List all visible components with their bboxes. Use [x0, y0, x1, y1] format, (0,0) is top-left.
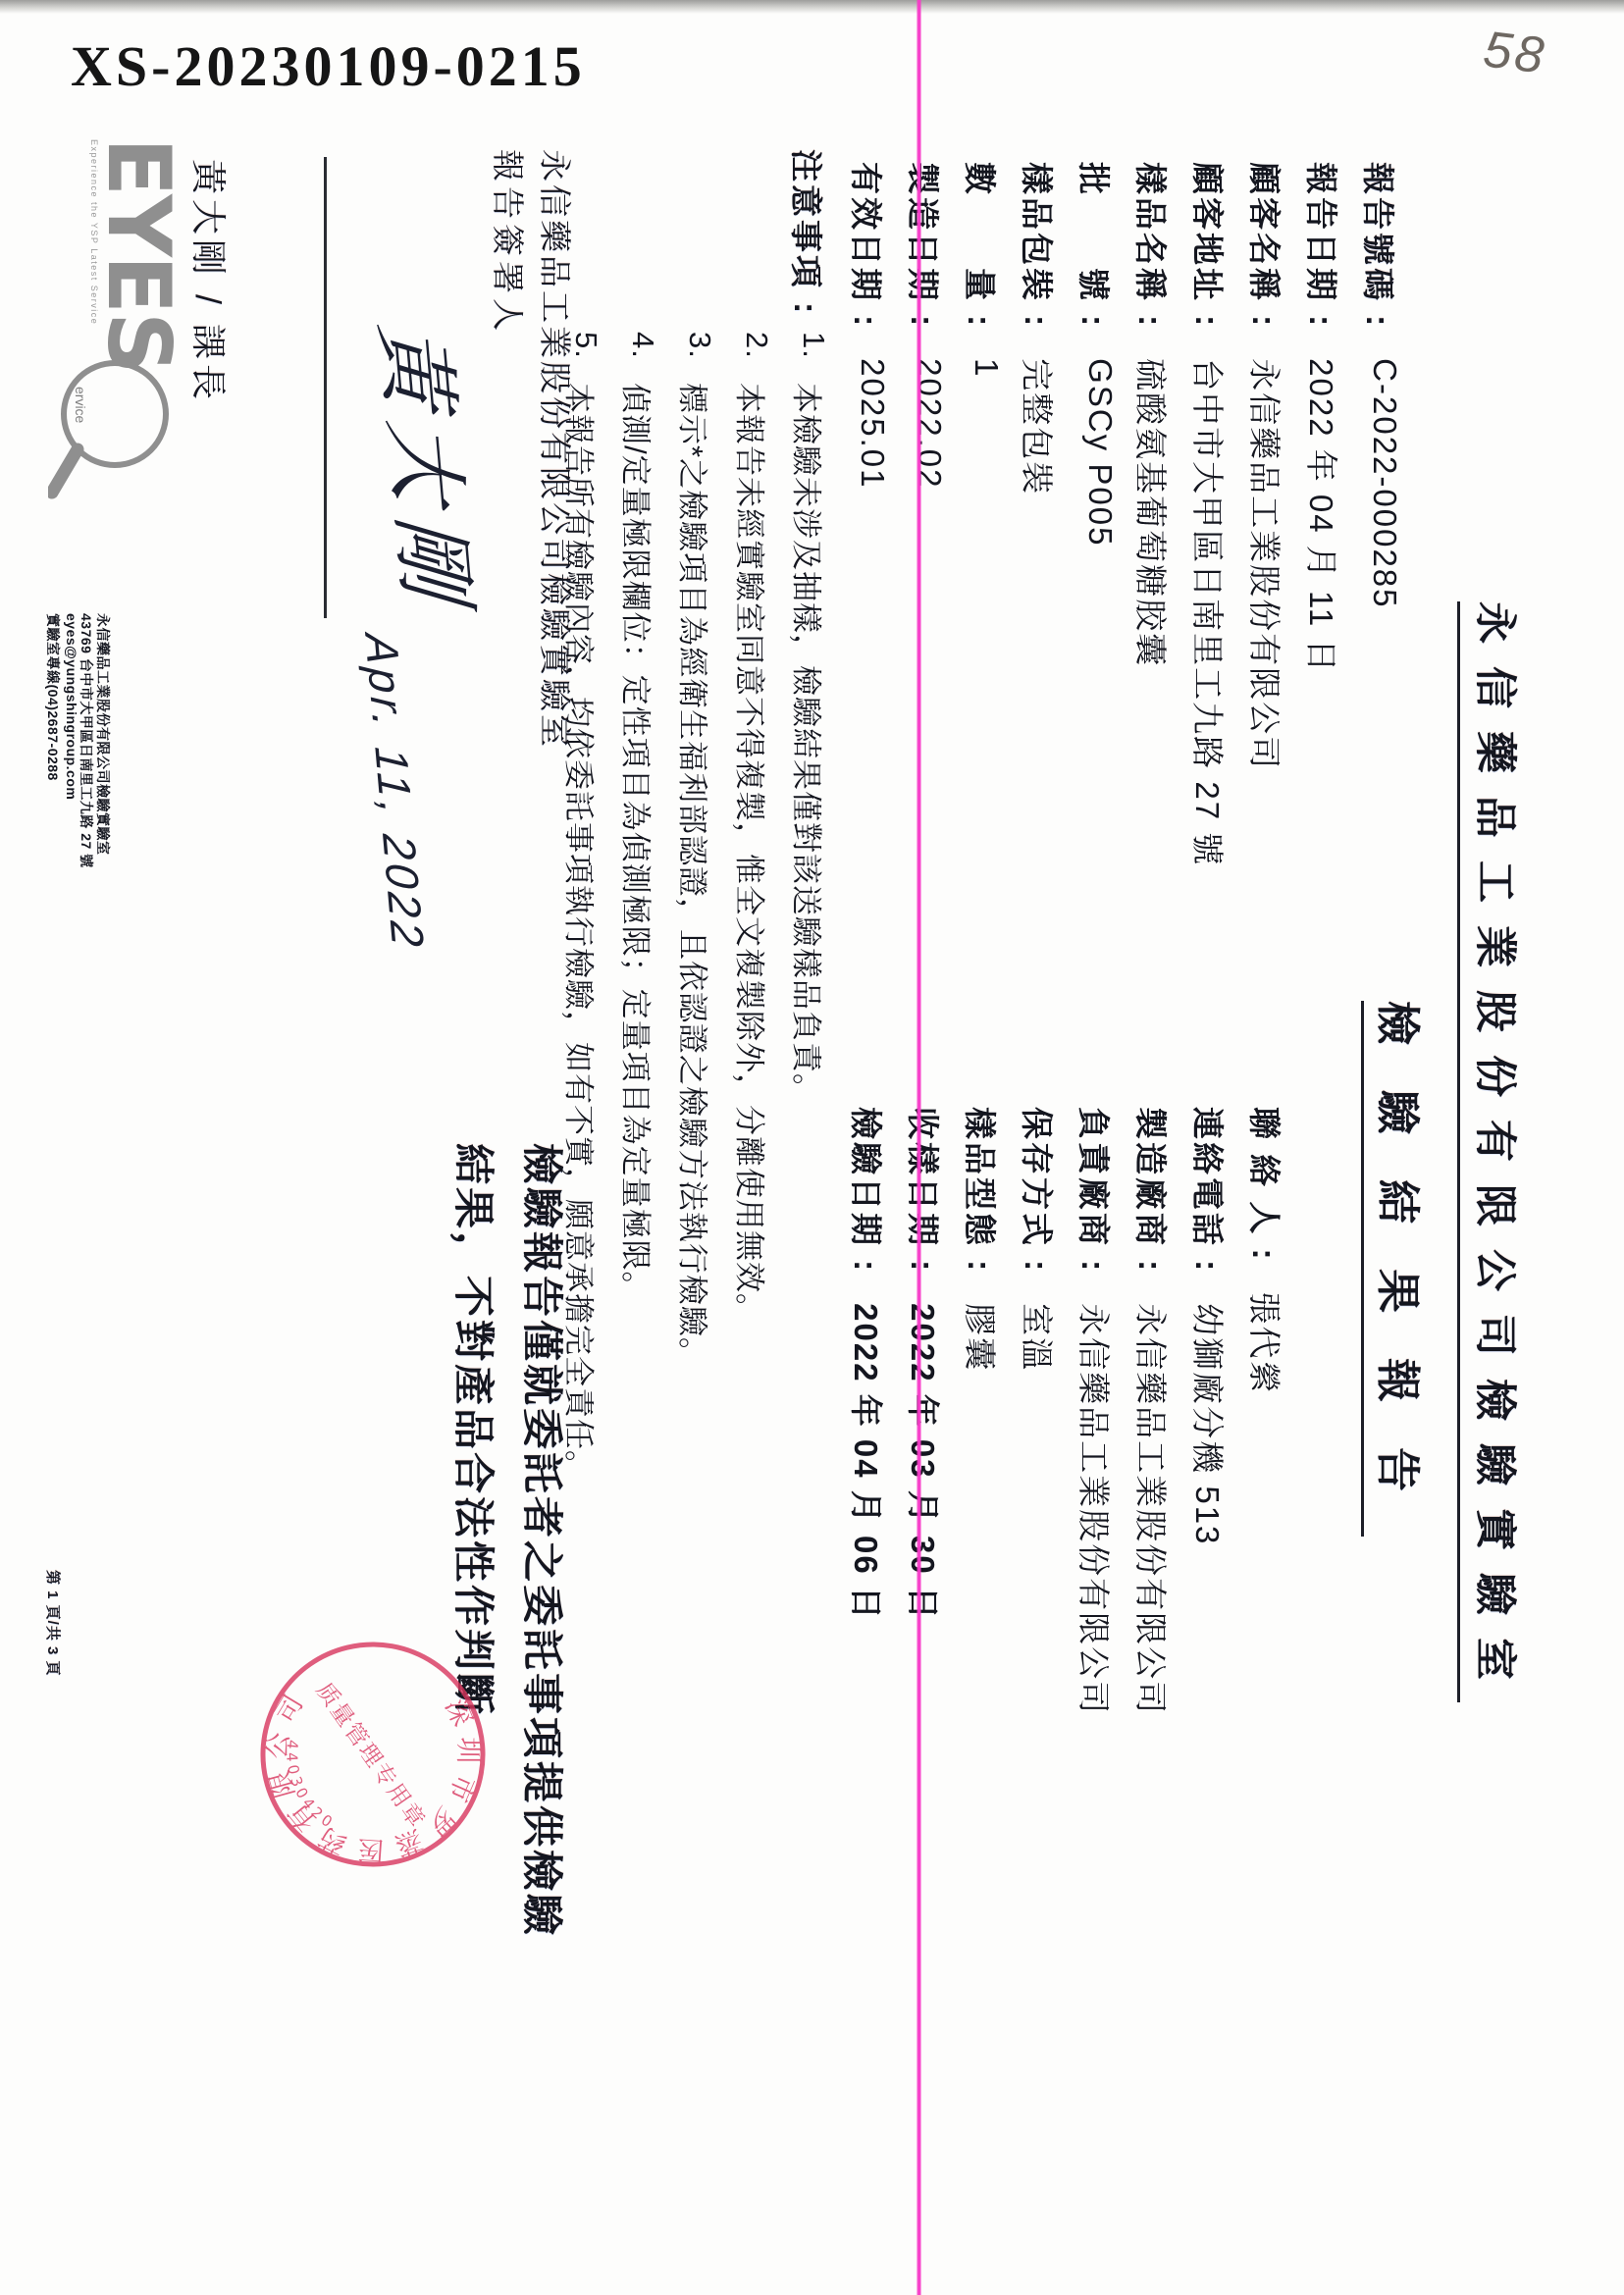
field-value: 膠囊	[959, 1303, 1005, 1372]
report-subtitle: 檢驗結果報告	[1361, 1001, 1434, 1537]
field-quantity: 數 量 :1	[959, 162, 1005, 379]
handwritten-number: 58	[1481, 20, 1550, 85]
note-item: 3.標示*之檢驗項目為經衛生福利部認證，且依認證之檢驗方法執行檢驗。	[673, 332, 717, 1369]
field-manufacturer: 製造廠商 :永信藥品工業股份有限公司	[1129, 1107, 1176, 1715]
field-value: 硫酸氨基葡萄糖胶囊	[1129, 358, 1176, 667]
field-storage-method: 保存方式 :室溫	[1016, 1107, 1062, 1372]
disclaimer-line-1: 檢驗報告僅就委託者之委託事項提供檢驗	[515, 1143, 574, 1938]
field-label: 批 號 :	[1073, 162, 1119, 329]
field-value: GSCy P005	[1081, 358, 1119, 547]
field-value: 2022 年 04 月 11 日	[1300, 358, 1346, 673]
field-label: 報告日期 :	[1300, 162, 1346, 329]
field-value: 永信藥品工業股份有限公司	[1073, 1303, 1119, 1715]
field-label: 收樣日期 :	[902, 1107, 948, 1274]
page-number: 第 1 頁/共 3 頁	[43, 1570, 64, 1677]
note-item: 1.本檢驗未涉及抽樣，檢驗結果僅對該送驗樣品負責。	[787, 332, 831, 1105]
handwritten-date: Apr. 11, 2022	[355, 633, 435, 952]
note-number: 3.	[673, 332, 717, 383]
field-value: 永信藥品工業股份有限公司	[1243, 358, 1289, 770]
field-value: 幼獅廠分機 513	[1186, 1303, 1232, 1545]
logo-tagline: Experience the YSP Latest Service	[89, 139, 99, 325]
note-text: 本檢驗未涉及抽樣，檢驗結果僅對該送驗樣品負責。	[787, 383, 831, 1105]
field-customer-address: 顧客地址 :台中市大甲區日南里工九路 27 號	[1186, 162, 1232, 866]
field-label: 檢驗日期 :	[845, 1107, 891, 1274]
signature-lab-name: 永信藥品工業股份有限公司檢驗實驗室	[534, 149, 580, 750]
logo-circle-text: ervice	[73, 387, 88, 424]
note-number: 2.	[730, 332, 774, 383]
eyes-logo: EYES ervice Experience the YSP Latest Se…	[48, 137, 185, 589]
lab-title: 永信藥品工業股份有限公司檢驗實驗室	[1457, 601, 1528, 1702]
field-value: 2022 年 03 月 30 日	[902, 1303, 948, 1621]
field-label: 樣品型態 :	[959, 1107, 1005, 1274]
field-label: 聯 絡 人 :	[1243, 1107, 1289, 1263]
field-manufacture-date: 製造日期 :2022.02	[902, 162, 948, 489]
field-report-number: 報告號碼 :C-2022-000285	[1357, 162, 1403, 609]
field-sample-name: 樣品名稱 :硫酸氨基葡萄糖胶囊	[1129, 162, 1176, 667]
field-label: 顧客名稱 :	[1243, 162, 1289, 329]
note-item: 2.本報告未經實驗室同意不得複製，惟全文複製除外，分離使用無效。	[730, 332, 774, 1325]
field-value: 永信藥品工業股份有限公司	[1129, 1303, 1176, 1715]
seal-center-text: 质量管理专用章	[311, 1679, 431, 1834]
field-report-date: 報告日期 :2022 年 04 月 11 日	[1300, 162, 1346, 673]
field-value: 室溫	[1016, 1303, 1062, 1372]
field-value: 2025.01	[854, 358, 891, 489]
field-sample-received-date: 收樣日期 :2022 年 03 月 30 日	[902, 1107, 948, 1621]
field-batch-number: 批 號 :GSCy P005	[1073, 162, 1119, 547]
field-label: 數 量 :	[959, 162, 1005, 329]
field-label: 製造日期 :	[902, 162, 948, 329]
signature-signer-label: 報告簽署人	[487, 149, 533, 336]
signer-printed-name-title: 黃大剛 / 課長	[185, 159, 236, 404]
note-number: 4.	[616, 332, 660, 383]
field-responsible-company: 負責廠商 :永信藥品工業股份有限公司	[1073, 1107, 1119, 1715]
note-text: 標示*之檢驗項目為經衛生福利部認證，且依認證之檢驗方法執行檢驗。	[673, 383, 717, 1369]
field-value: 2022 年 04 月 06 日	[845, 1303, 891, 1621]
field-sample-form: 樣品型態 :膠囊	[959, 1107, 1005, 1372]
note-text: 偵測/定量極限欄位：定性項目為偵測極限；定量項目為定量極限。	[616, 383, 660, 1303]
signature-line	[324, 157, 327, 618]
field-value: 1	[968, 358, 1005, 378]
field-label: 製造廠商 :	[1129, 1107, 1176, 1274]
field-label: 報告號碼 :	[1357, 162, 1403, 329]
field-label: 連絡電話 :	[1186, 1107, 1232, 1274]
field-value: 張代縈	[1243, 1292, 1289, 1395]
field-label: 顧客地址 :	[1186, 162, 1232, 329]
field-label: 樣品名稱 :	[1129, 162, 1176, 329]
field-label: 有效日期 :	[845, 162, 891, 329]
field-value: 完整包裝	[1016, 358, 1062, 496]
note-item: 4.偵測/定量極限欄位：定性項目為偵測極限；定量項目為定量極限。	[616, 332, 660, 1303]
note-number: 1.	[787, 332, 831, 383]
eyes-logo-wordmark: EYES	[88, 137, 185, 372]
field-customer-name: 顧客名稱 :永信藥品工業股份有限公司	[1243, 162, 1289, 770]
footer-lab-name: 永信藥品工業股份有限公司檢驗實驗室	[93, 613, 113, 856]
notes-heading: 注意事項 :	[785, 149, 831, 316]
field-contact-person: 聯 絡 人 :張代縈	[1243, 1107, 1289, 1395]
footer-address: 43769 台中市大甲區日南里工九路 27 號	[77, 613, 96, 868]
field-sample-packaging: 樣品包裝 :完整包裝	[1016, 162, 1062, 496]
scan-streak-artifact	[917, 0, 921, 2295]
field-value: 台中市大甲區日南里工九路 27 號	[1186, 358, 1232, 866]
field-value: C-2022-000285	[1366, 358, 1403, 608]
field-contact-phone: 連絡電話 :幼獅廠分機 513	[1186, 1107, 1232, 1545]
report-document: 永信藥品工業股份有限公司檢驗實驗室 檢驗結果報告 報告號碼 :C-2022-00…	[0, 0, 1624, 2295]
handwritten-name: 黃大剛	[366, 322, 484, 614]
field-label: 保存方式 :	[1016, 1107, 1062, 1274]
field-test-date: 檢驗日期 :2022 年 04 月 06 日	[845, 1107, 891, 1621]
reference-code-stamp: XS-20230109-0215	[71, 33, 586, 99]
magnifier-handle-icon	[52, 449, 78, 493]
field-label: 負責廠商 :	[1073, 1107, 1119, 1274]
footer-phone: 實驗室專線(04)2687-0288	[43, 613, 63, 781]
disclaimer-line-2: 結果，不對產品合法性作判斷	[446, 1143, 505, 1717]
scanned-report-page: 永信藥品工業股份有限公司檢驗實驗室 檢驗結果報告 報告號碼 :C-2022-00…	[0, 0, 1624, 2295]
handwritten-signature: 黃大剛Apr. 11, 2022	[358, 322, 533, 957]
footer-email: eyes@yungshingroup.com	[64, 613, 79, 800]
field-expiry-date: 有效日期 :2025.01	[845, 162, 891, 489]
note-text: 本報告未經實驗室同意不得複製，惟全文複製除外，分離使用無效。	[730, 383, 774, 1325]
field-label: 樣品包裝 :	[1016, 162, 1062, 329]
